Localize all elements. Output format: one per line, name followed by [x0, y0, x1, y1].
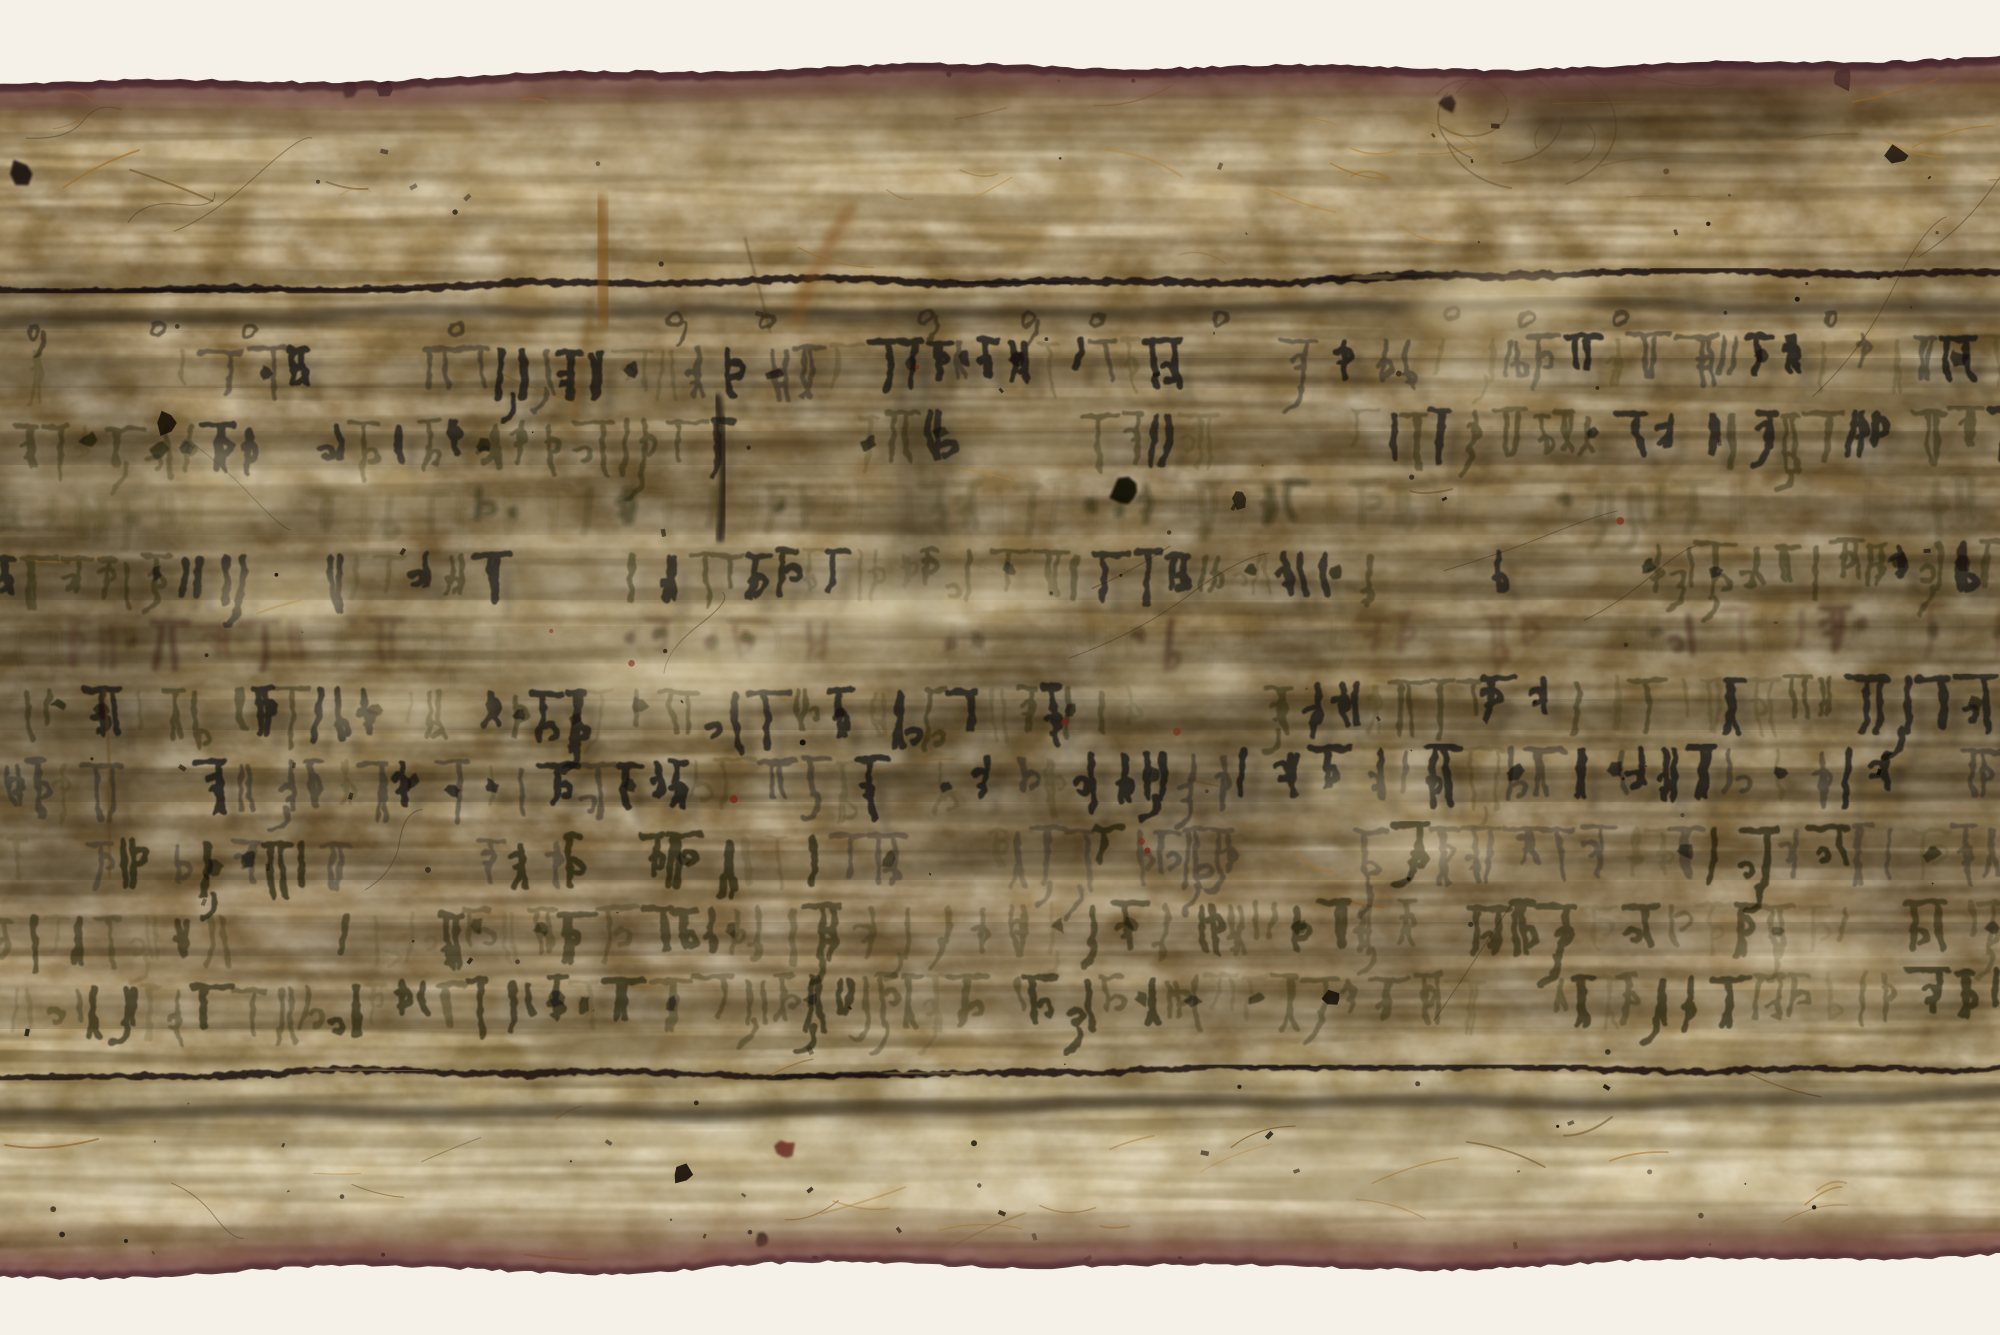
manuscript-photograph: Aged manuscript folio of handmade fibrou…	[0, 0, 2000, 1335]
manuscript-sheet	[0, 0, 2000, 1335]
manuscript-render	[0, 0, 2000, 1335]
rust-streak	[600, 203, 606, 320]
